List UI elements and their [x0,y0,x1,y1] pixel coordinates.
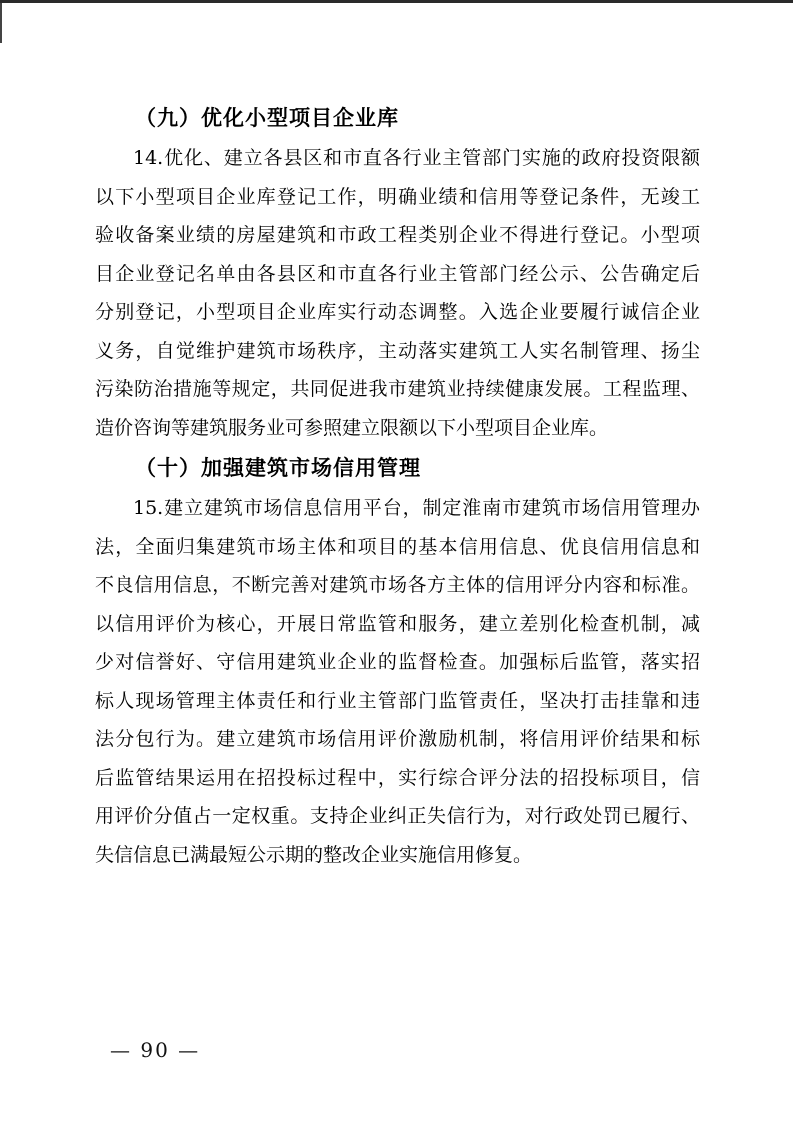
paragraph-line: 不良信用信息，不断完善对建筑市场各方主体的信用评分内容和标准。 [95,566,700,605]
paragraph-line: 以信用评价为核心，开展日常监管和服务，建立差别化检查机制，减 [95,605,700,644]
paragraph-line: 标人现场管理主体责任和行业主管部门监管责任，坚决打击挂靠和违 [95,682,700,721]
paragraph-14: 14.优化、建立各县区和市直各行业主管部门实施的政府投资限额 以下小型项目企业库… [95,139,700,447]
paragraph-line: 用评价分值占一定权重。支持企业纠正失信行为，对行政处罚已履行、 [95,797,700,836]
paragraph-line: 法，全面归集建筑市场主体和项目的基本信用信息、优良信用信息和 [95,528,700,567]
paragraph-line: 分别登记，小型项目企业库实行动态调整。入选企业要履行诚信企业 [95,293,700,332]
paragraph-line: 失信信息已满最短公示期的整改企业实施信用修复。 [95,836,700,875]
page-number: — 90 — [110,1038,200,1062]
paragraph-line: 目企业登记名单由各县区和市直各行业主管部门经公示、公告确定后 [95,255,700,294]
section-heading-9: （九）优化小型项目企业库 [95,97,700,139]
paragraph-15: 15.建立建筑市场信息信用平台，制定淮南市建筑市场信用管理办 法，全面归集建筑市… [95,489,700,874]
paragraph-line: 污染防治措施等规定，共同促进我市建筑业持续健康发展。工程监理、 [95,370,700,409]
paragraph-line: 以下小型项目企业库登记工作，明确业绩和信用等登记条件，无竣工 [95,178,700,217]
document-body: （九）优化小型项目企业库 14.优化、建立各县区和市直各行业主管部门实施的政府投… [95,97,700,874]
paragraph-line: 14.优化、建立各县区和市直各行业主管部门实施的政府投资限额 [95,139,700,178]
paragraph-line: 后监管结果运用在招投标过程中，实行综合评分法的招投标项目，信 [95,759,700,798]
scan-artifact-left-edge [0,3,2,43]
paragraph-line: 造价咨询等建筑服务业可参照建立限额以下小型项目企业库。 [95,409,700,448]
paragraph-line: 15.建立建筑市场信息信用平台，制定淮南市建筑市场信用管理办 [95,489,700,528]
paragraph-line: 义务，自觉维护建筑市场秩序，主动落实建筑工人实名制管理、扬尘 [95,332,700,371]
document-page: （九）优化小型项目企业库 14.优化、建立各县区和市直各行业主管部门实施的政府投… [0,0,793,1122]
paragraph-line: 验收备案业绩的房屋建筑和市政工程类别企业不得进行登记。小型项 [95,216,700,255]
paragraph-line: 少对信誉好、守信用建筑业企业的监督检查。加强标后监管，落实招 [95,643,700,682]
paragraph-line: 法分包行为。建立建筑市场信用评价激励机制，将信用评价结果和标 [95,720,700,759]
scan-artifact-top-edge [0,0,793,3]
section-heading-10: （十）加强建筑市场信用管理 [95,447,700,489]
